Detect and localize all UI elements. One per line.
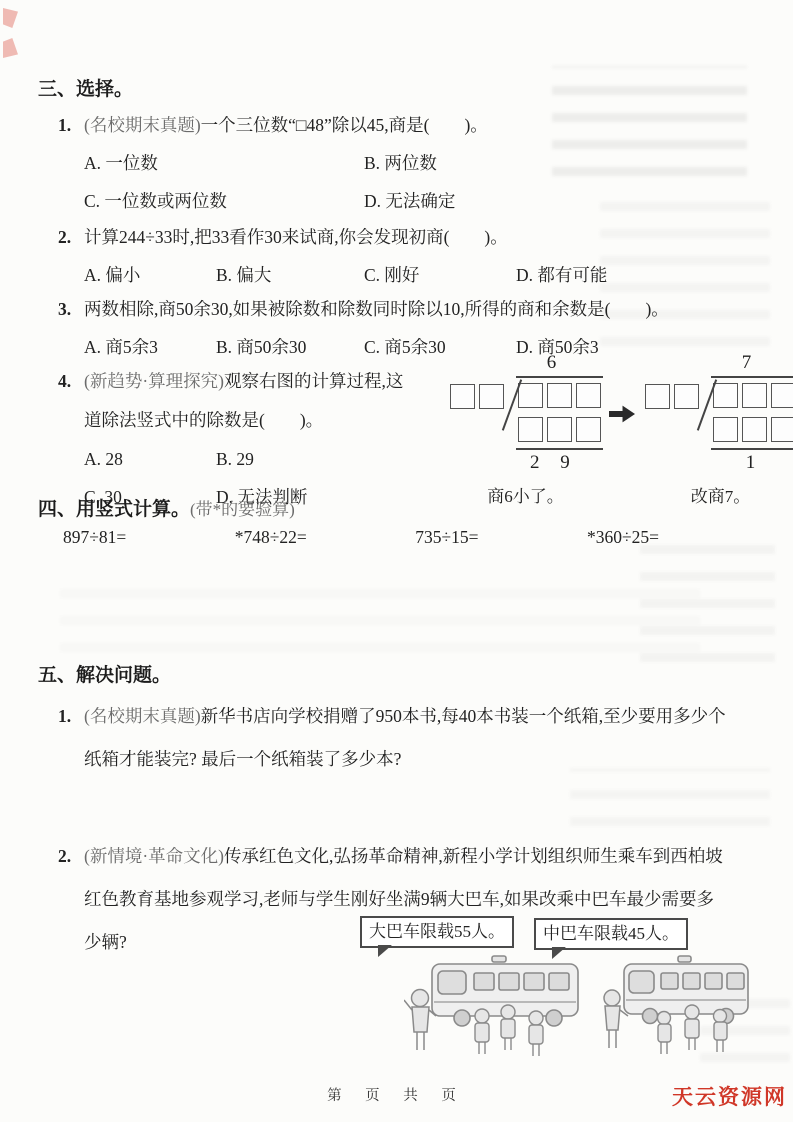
remainder-digits: 2 9 bbox=[516, 450, 603, 476]
question-number: 2. bbox=[58, 835, 84, 964]
red-corner-mark bbox=[3, 38, 18, 58]
option-b: B. 商50余30 bbox=[216, 328, 364, 366]
dividend-boxes bbox=[516, 376, 603, 410]
bleedthrough-artifact bbox=[60, 572, 700, 652]
question-tag: (名校期末真题) bbox=[84, 115, 201, 135]
remainder-digits: 1 bbox=[711, 450, 793, 476]
heading-text: 四、用竖式计算。 bbox=[38, 499, 190, 520]
division-diagram-right: 7 1 改商7。 bbox=[643, 352, 793, 507]
bubble-text: 大巴车限载55人。 bbox=[369, 922, 505, 941]
question-stem: (新趋势·算理探究)观察右图的计算过程,这 道除法竖式中的除数是( )。 bbox=[84, 362, 458, 440]
medium-bus-drawing bbox=[598, 952, 754, 1068]
diagram-caption: 改商7。 bbox=[643, 482, 793, 507]
choice-question-4: 4. (新趋势·算理探究)观察右图的计算过程,这 道除法竖式中的除数是( )。 … bbox=[58, 362, 458, 516]
question-number: 4. bbox=[58, 362, 84, 440]
question-number: 1. bbox=[58, 695, 84, 781]
option-d: D. 无法确定 bbox=[364, 182, 455, 220]
problem-1: 1. (名校期末真题)新华书店向学校捐赠了950本书,每40本书装一个纸箱,至少… bbox=[58, 695, 726, 781]
expression-4: *360÷25= bbox=[587, 527, 659, 548]
expression-2: *748÷22= bbox=[235, 527, 307, 548]
question-text-line2: 道除法竖式中的除数是( )。 bbox=[84, 410, 323, 430]
bleedthrough-artifact bbox=[640, 540, 775, 662]
question-text-line1: 观察右图的计算过程,这 bbox=[224, 371, 403, 391]
expression-1: 897÷81= bbox=[63, 527, 126, 548]
bus-illustration: 大巴车限载55人。 中巴车限载45人。 bbox=[356, 916, 756, 1068]
product-boxes bbox=[516, 415, 603, 450]
bubble-text: 中巴车限载45人。 bbox=[543, 924, 679, 943]
option-a: A. 28 bbox=[84, 440, 216, 478]
expression-3: 735÷15= bbox=[415, 527, 478, 548]
divisor-boxes bbox=[643, 382, 701, 411]
section-choice-heading: 三、选择。 bbox=[38, 74, 133, 101]
vertical-calc-expressions: 897÷81= *748÷22= 735÷15= *360÷25= bbox=[63, 527, 659, 548]
right-arrow-icon bbox=[609, 404, 635, 424]
section-vertical-heading: 四、用竖式计算。(带*的要验算) bbox=[38, 494, 295, 521]
option-b: B. 两位数 bbox=[364, 144, 437, 182]
dividend-boxes bbox=[711, 376, 793, 410]
red-corner-mark bbox=[3, 8, 18, 28]
choice-question-1: 1. (名校期末真题)一个三位数“□48”除以45,商是( )。 A. 一位数 … bbox=[58, 106, 698, 220]
choice-question-2: 2. 计算244÷33时,把33看作30来试商,你会发现初商( )。 A. 偏小… bbox=[58, 218, 738, 294]
question-text: 一个三位数“□48”除以45,商是( )。 bbox=[201, 115, 488, 135]
quotient-digit: 7 bbox=[643, 352, 793, 376]
question-tag: (新趋势·算理探究) bbox=[84, 371, 224, 391]
option-a: A. 偏小 bbox=[84, 256, 216, 294]
question-number: 2. bbox=[58, 218, 84, 256]
option-b: B. 偏大 bbox=[216, 256, 364, 294]
watermark: 天云资源网 bbox=[672, 1081, 787, 1111]
medium-bus-speech-bubble: 中巴车限载45人。 bbox=[534, 918, 688, 950]
question-text: 计算244÷33时,把33看作30来试商,你会发现初商( )。 bbox=[84, 218, 738, 256]
option-d: D. 都有可能 bbox=[516, 256, 607, 294]
question-stem: (名校期末真题)新华书店向学校捐赠了950本书,每40本书装一个纸箱,至少要用多… bbox=[84, 695, 726, 781]
divisor-boxes bbox=[448, 382, 506, 411]
big-bus-drawing bbox=[404, 950, 584, 1068]
question-tag: (新情境·革命文化) bbox=[84, 846, 224, 866]
diagram-caption: 商6小了。 bbox=[448, 482, 603, 507]
heading-note: (带*的要验算) bbox=[190, 500, 295, 519]
question-number: 1. bbox=[58, 106, 84, 144]
division-figure: 6 2 9 商6小了。 7 1 改商7。 bbox=[448, 352, 793, 507]
question-number: 3. bbox=[58, 290, 84, 328]
big-bus-speech-bubble: 大巴车限载55人。 bbox=[360, 916, 514, 948]
section-problems-heading: 五、解决问题。 bbox=[38, 660, 171, 687]
question-stem: (名校期末真题)一个三位数“□48”除以45,商是( )。 bbox=[84, 106, 698, 144]
quotient-digit: 6 bbox=[448, 352, 603, 376]
option-a: A. 商5余3 bbox=[84, 328, 216, 366]
product-boxes bbox=[711, 415, 793, 450]
option-a: A. 一位数 bbox=[84, 144, 364, 182]
question-text: 两数相除,商50余30,如果被除数和除数同时除以10,所得的商和余数是( )。 bbox=[84, 290, 758, 328]
option-c: C. 一位数或两位数 bbox=[84, 182, 364, 220]
division-diagram-left: 6 2 9 商6小了。 bbox=[448, 352, 603, 507]
question-tag: (名校期末真题) bbox=[84, 706, 201, 726]
option-c: C. 刚好 bbox=[364, 256, 516, 294]
option-b: B. 29 bbox=[216, 440, 254, 478]
